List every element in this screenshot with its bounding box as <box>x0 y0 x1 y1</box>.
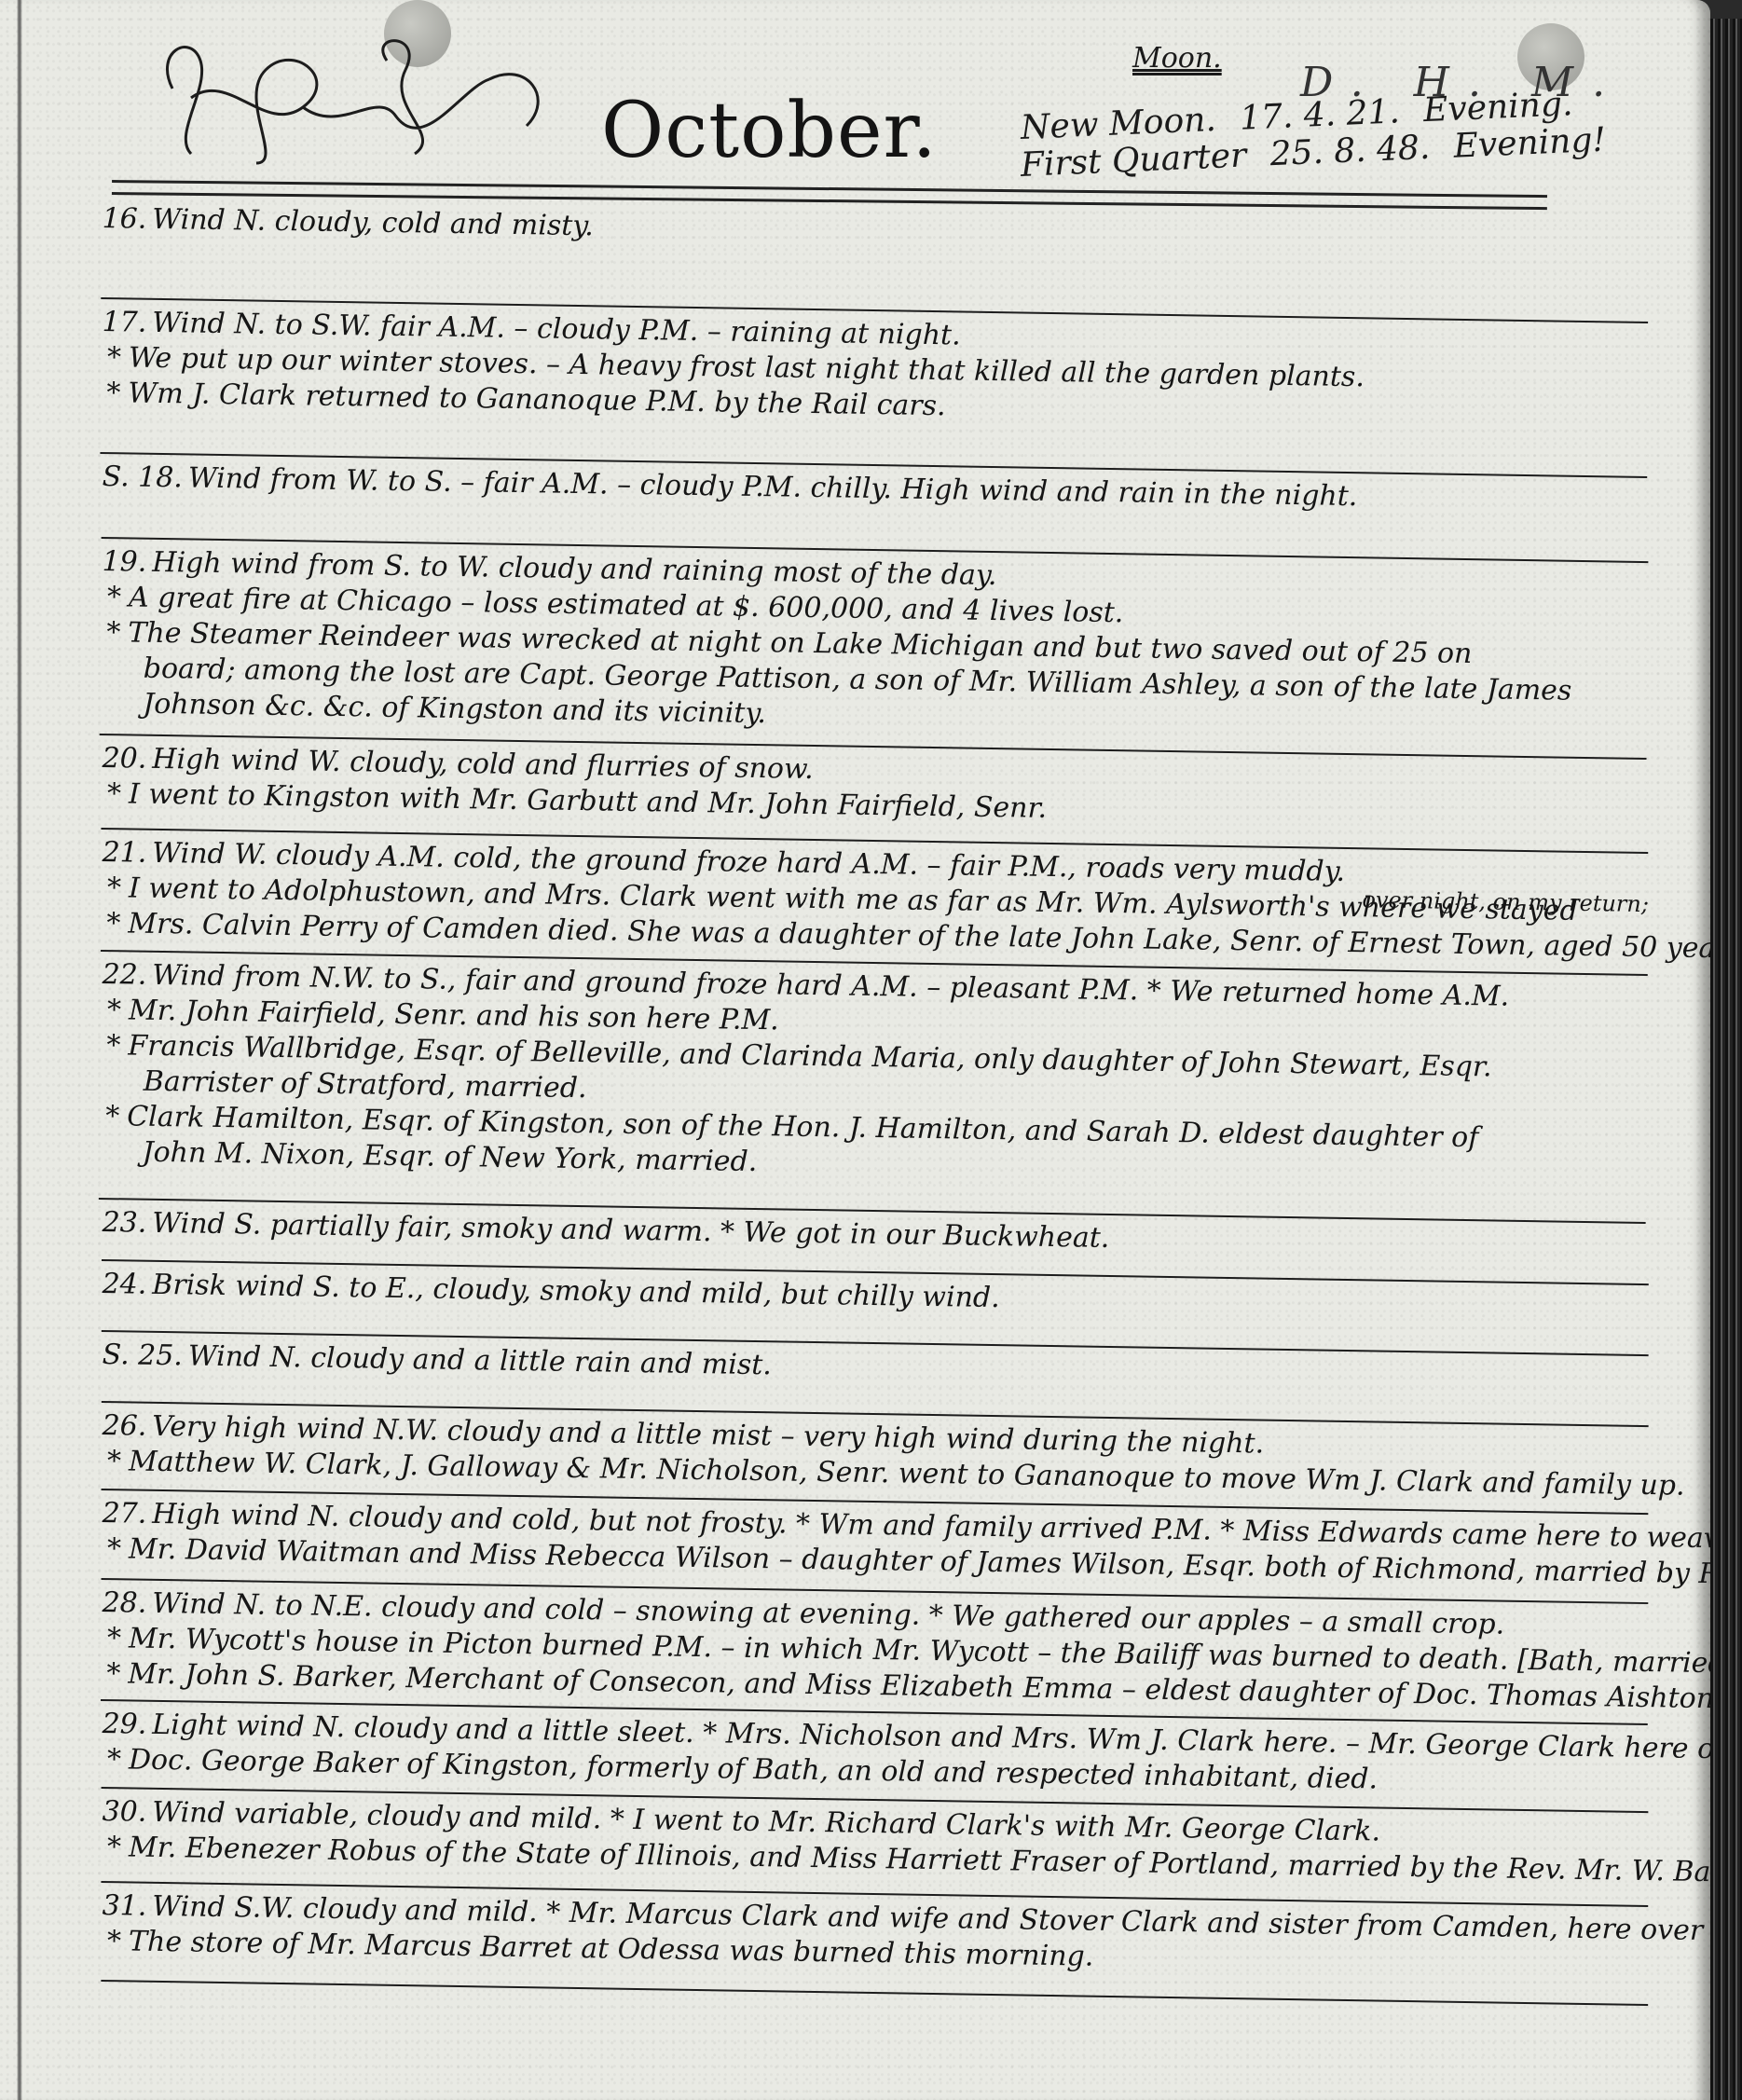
asterisk-marker-icon: * <box>106 907 121 940</box>
asterisk-marker-icon: * <box>107 581 122 613</box>
book-page-edges <box>1710 19 1742 2100</box>
diary-page: October. Moon. D. H. M. New Moon. 17. 4.… <box>0 0 1710 2100</box>
day-number: 23. <box>102 1206 146 1240</box>
entry-text: Wind N. cloudy and a little rain and mis… <box>188 1339 773 1381</box>
day-number: S. 18. <box>102 460 183 494</box>
day-number: 22. <box>102 958 146 992</box>
asterisk-marker-icon: * <box>107 1831 122 1863</box>
diary-entry: 19.High wind from S. to W. cloudy and ra… <box>100 539 1650 760</box>
day-number: 29. <box>102 1708 146 1741</box>
asterisk-marker-icon: * <box>107 341 122 374</box>
day-number: 16. <box>102 202 146 236</box>
day-number: 30. <box>102 1795 146 1829</box>
moon-phases-block: Moon. D. H. M. New Moon. 17. 4. 21. Even… <box>937 42 1645 182</box>
moon-label: Moon. <box>1132 42 1222 75</box>
day-number: 21. <box>102 836 146 870</box>
month-title: October. <box>601 87 938 175</box>
asterisk-marker-icon: * <box>106 1029 121 1062</box>
asterisk-marker-icon: * <box>107 872 122 904</box>
entry-weather-line: 16.Wind N. cloudy, cold and misty. <box>102 201 1649 261</box>
asterisk-marker-icon: * <box>107 1445 122 1477</box>
calligraphic-flourish-icon <box>154 33 564 172</box>
asterisk-marker-icon: * <box>107 777 122 810</box>
diary-entries: 16.Wind N. cloudy, cold and misty.17.Win… <box>103 196 1650 1982</box>
moon-time: 25. 8. 48. <box>1269 129 1431 173</box>
asterisk-marker-icon: * <box>106 1657 121 1690</box>
asterisk-marker-icon: * <box>105 1100 120 1132</box>
page-header: October. Moon. D. H. M. New Moon. 17. 4.… <box>107 33 1543 182</box>
day-number: 31. <box>102 1889 146 1923</box>
day-number: S. 25. <box>102 1338 183 1372</box>
day-number: 28. <box>102 1586 146 1620</box>
day-number: 26. <box>102 1409 146 1443</box>
asterisk-marker-icon: * <box>107 994 122 1026</box>
entry-text: Barrister of Stratford, married. <box>144 1065 587 1105</box>
day-number: 20. <box>102 742 146 775</box>
day-number: 24. <box>102 1268 146 1301</box>
entry-text: Brisk wind S. to E., cloudy, smoky and m… <box>152 1269 1000 1314</box>
moon-period: Evening! <box>1453 121 1607 166</box>
asterisk-marker-icon: * <box>107 1532 122 1565</box>
binding-line <box>17 0 22 2100</box>
asterisk-marker-icon: * <box>106 377 121 409</box>
asterisk-marker-icon: * <box>107 1622 122 1654</box>
margin-note: over night, on my return; <box>1362 886 1649 917</box>
entry-text: Wind N. cloudy, cold and misty. <box>152 203 594 242</box>
day-number: 17. <box>102 306 146 339</box>
diary-entry: 28.Wind N. to N.E. cloudy and cold – sno… <box>101 1580 1650 1725</box>
asterisk-marker-icon: * <box>107 1743 122 1776</box>
day-number: 27. <box>102 1497 146 1530</box>
diary-entry: 22.Wind from N.W. to S., fair and ground… <box>99 952 1650 1224</box>
day-number: 19. <box>102 545 146 579</box>
asterisk-marker-icon: * <box>107 1925 122 1957</box>
asterisk-marker-icon: * <box>106 616 121 649</box>
diary-entry: 17.Wind N. to S.W. fair A.M. – cloudy P.… <box>100 299 1649 478</box>
diary-entry: over night, on my return;21.Wind W. clou… <box>101 830 1650 976</box>
entry-text: Wind S. partially fair, smoky and warm. … <box>152 1207 1110 1255</box>
